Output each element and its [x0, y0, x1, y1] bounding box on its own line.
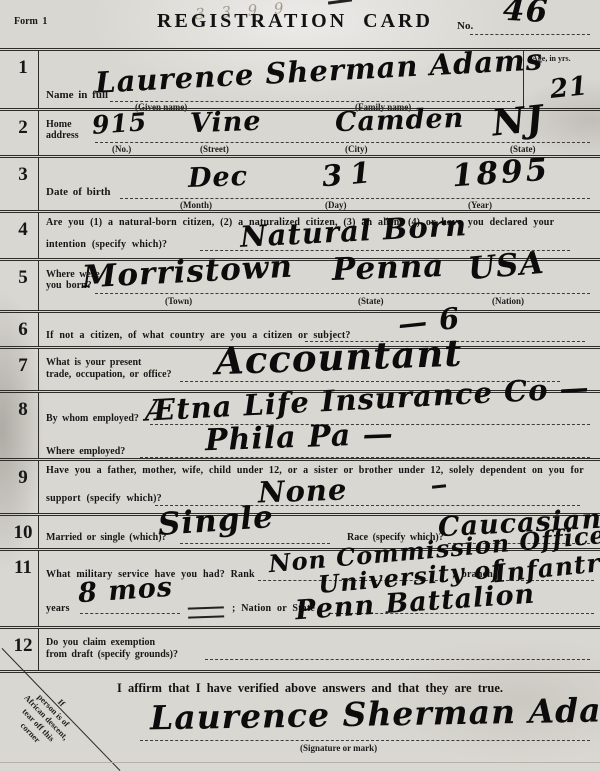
row-number: 12	[10, 635, 36, 657]
row-name: 1 Name in full (Given name) (Family name…	[0, 48, 600, 108]
row-number: 2	[10, 117, 36, 139]
age-value: 21	[549, 73, 590, 103]
row-number: 5	[10, 267, 36, 289]
exemption-label-2: from draft (specify grounds)?	[46, 649, 178, 660]
exemption-label-1: Do you claim exemption	[46, 637, 155, 648]
name-value: Laurence Sherman Adams	[95, 45, 544, 97]
form-number-label: Form 1	[14, 16, 47, 27]
row-date-of-birth: 3 Date of birth (Month) (Day) (Year) Dec…	[0, 155, 600, 210]
dob-day-value: 31	[321, 158, 380, 192]
card-no-value: 46	[502, 0, 549, 28]
occupation-label-2: trade, occupation, or office?	[46, 369, 172, 380]
address-state-value: NJ	[490, 100, 545, 141]
married-single-value: Single	[157, 502, 275, 541]
row-where-born: 5 Where were you born? (Town) (State) (N…	[0, 258, 600, 310]
state-sublabel: (State)	[358, 296, 384, 306]
day-sublabel: (Day)	[325, 200, 347, 210]
card-title: REGISTRATION CARD	[130, 10, 460, 33]
age-label: Age, in yrs.	[532, 54, 571, 63]
row-number: 6	[10, 319, 36, 341]
address-street-value: Vine	[190, 108, 262, 137]
no-sublabel: (No.)	[112, 144, 131, 154]
where-employed-label: Where employed?	[46, 446, 125, 457]
nation-sublabel: (Nation)	[492, 296, 524, 306]
occupation-label-1: What is your present	[46, 357, 141, 368]
stray-pen-dash	[432, 484, 446, 488]
row-dependents: 9 Have you a father, mother, wife, child…	[0, 458, 600, 513]
signature-line	[140, 740, 590, 741]
citizenship-question-2: intention (specify which)?	[46, 239, 167, 250]
row-number: 3	[10, 164, 36, 186]
signature-sublabel: (Signature or mark)	[300, 743, 377, 753]
where-born-line	[95, 293, 590, 294]
dependents-question-2: support (specify which)?	[46, 493, 162, 504]
years-label: years	[46, 603, 70, 614]
row-number: 10	[10, 522, 36, 544]
row-number: 9	[10, 467, 36, 489]
card-no-line	[470, 34, 590, 35]
african-descent-corner-note: If person is of African descent, tear of…	[0, 662, 101, 771]
years-line	[80, 613, 180, 614]
row-home-address: 2 Home address (No.) (Street) (City) (St…	[0, 108, 600, 155]
dob-line	[120, 198, 590, 199]
row-military-service: 11 What military service have you had? R…	[0, 548, 600, 626]
row-exemption: 12 Do you claim exemption from draft (sp…	[0, 626, 600, 670]
years-value: 8 mos	[77, 574, 174, 608]
scan-edge-line	[0, 762, 600, 763]
stray-ink-mark	[328, 0, 352, 5]
by-whom-employed-label: By whom employed?	[46, 413, 139, 424]
row-number: 7	[10, 355, 36, 377]
born-nation-value: USA	[467, 248, 546, 286]
registration-card-scan: { "colors": {"paper":"#d9d7d1","ink":"#1…	[0, 0, 600, 771]
where-employed-value: Phila Pa —	[205, 420, 395, 457]
address-no-value: 915	[91, 109, 148, 138]
month-sublabel: (Month)	[180, 200, 212, 210]
occupation-answer: Accountant	[214, 335, 462, 381]
row-number: 8	[10, 399, 36, 421]
married-line	[180, 543, 330, 544]
card-no-label: No.	[457, 20, 473, 32]
row-employer: 8 By whom employed? Ætna Life Insurance …	[0, 390, 600, 458]
town-sublabel: (Town)	[165, 296, 192, 306]
married-single-label: Married or single (which)?	[46, 532, 167, 543]
dob-year-value: 1895	[451, 155, 551, 193]
citizenship-answer: Natural Born	[239, 211, 467, 252]
born-town-value: Morristown	[81, 251, 293, 293]
row-number: 11	[10, 557, 36, 579]
city-sublabel: (City)	[345, 144, 368, 154]
year-sublabel: (Year)	[468, 200, 492, 210]
home-address-label-1: Home	[46, 119, 72, 130]
born-state-value: Penna	[331, 251, 444, 286]
card-header: 3 3 9 9 Form 1 REGISTRATION CARD No. 46	[0, 0, 600, 48]
card-footer: I affirm that I have verified above answ…	[0, 670, 600, 771]
signature-value: Laurence Sherman Adams	[150, 693, 600, 735]
home-address-label-2: address	[46, 130, 79, 141]
street-sublabel: (Street)	[200, 144, 229, 154]
dob-month-value: Dec	[188, 163, 249, 192]
strikeout-scribble	[188, 606, 224, 618]
address-city-value: Camden	[335, 105, 465, 136]
exemption-line	[205, 659, 590, 660]
dob-label: Date of birth	[46, 186, 111, 198]
row-number: 4	[10, 219, 36, 241]
row-number: 1	[10, 57, 36, 79]
